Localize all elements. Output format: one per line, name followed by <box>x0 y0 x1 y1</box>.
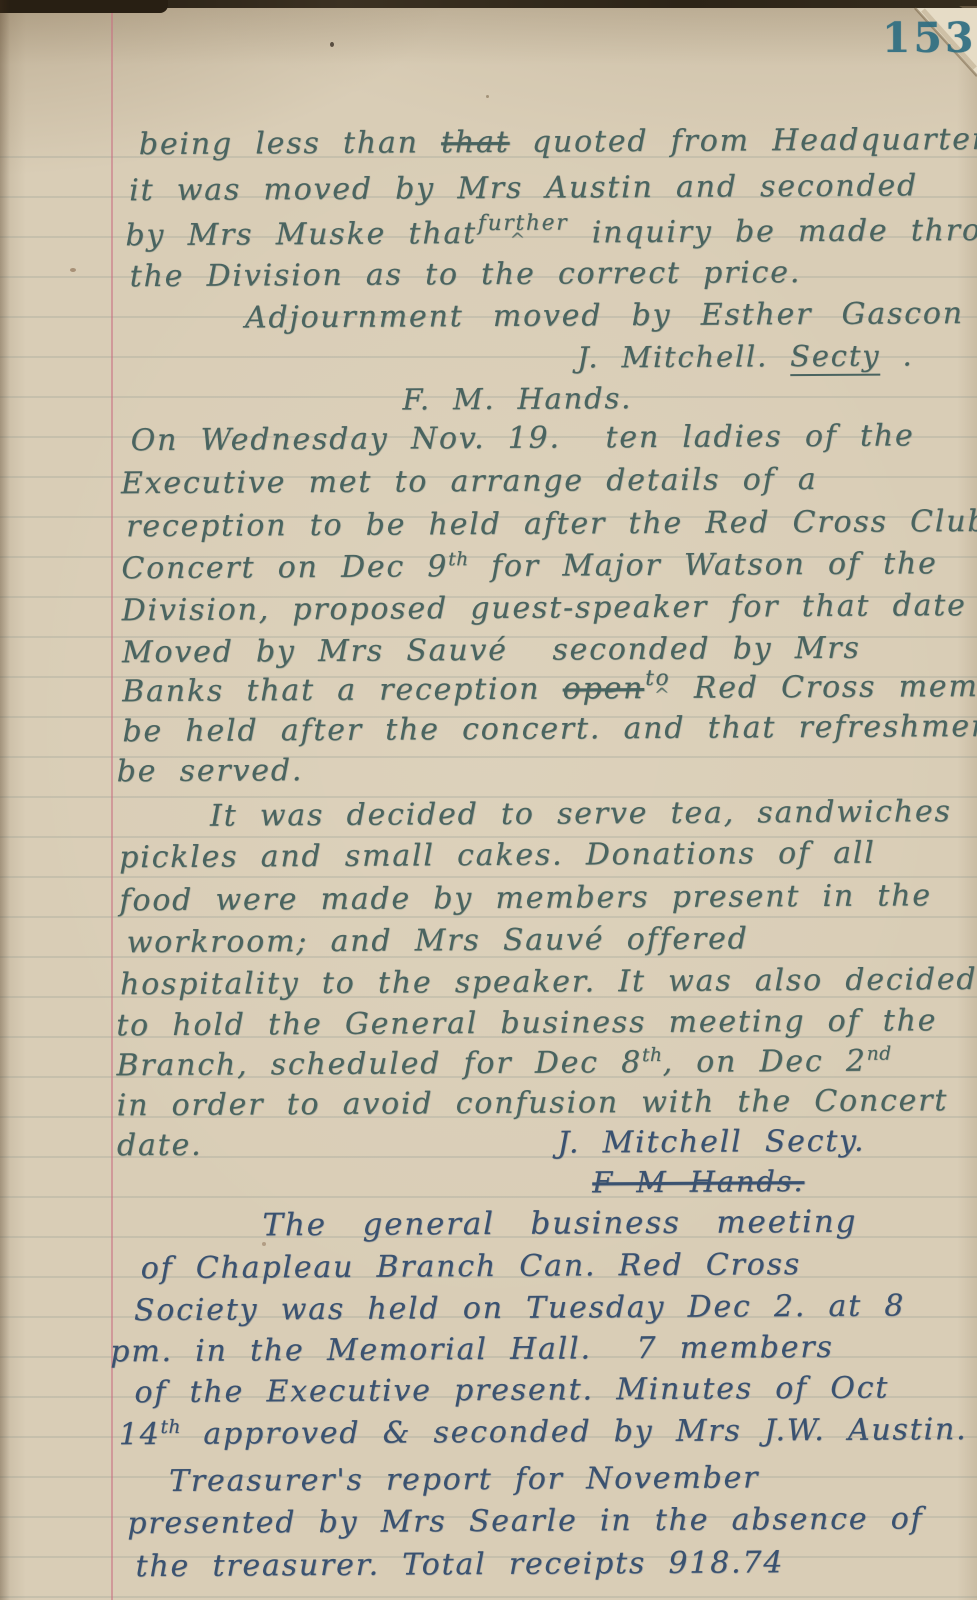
manuscript-text: it was moved by Mrs Austin and seconded <box>129 168 918 208</box>
manuscript-text: hospitality to the speaker. It was also … <box>120 962 977 1002</box>
manuscript-line: Moved by Mrs Sauvé seconded by Mrs <box>122 632 861 670</box>
manuscript-text: reception to be held after the Red Cross… <box>126 504 977 544</box>
manuscript-line: by Mrs Muske thatfurther inquiry be made… <box>125 214 977 253</box>
manuscript-text: inquiry be made through <box>569 213 977 251</box>
manuscript-text: Adjournment moved by Esther Gascon <box>245 296 964 335</box>
manuscript-line: of the Executive present. Minutes of Oct <box>134 1372 889 1410</box>
manuscript-text: Society was held on Tuesday Dec 2. at 8 <box>134 1288 905 1328</box>
manuscript-text: open <box>563 671 645 706</box>
manuscript-text: being less than <box>139 125 441 162</box>
manuscript-text: J. Mitchell Secty. <box>557 1124 865 1161</box>
manuscript-text: 14 <box>119 1417 161 1452</box>
manuscript-line: of Chapleau Branch Can. Red Cross <box>141 1248 801 1285</box>
manuscript-text: Banks that a reception <box>122 672 563 710</box>
manuscript-text: . <box>880 338 913 372</box>
paper-speck <box>262 1242 266 1246</box>
manuscript-text: quoted from Headquarters <box>510 122 977 160</box>
manuscript-text: date. <box>117 1128 203 1164</box>
manuscript-text: to hold the General business meeting of … <box>116 1003 937 1043</box>
manuscript-line: It was decided to serve tea, sandwiches <box>210 795 952 833</box>
manuscript-line: the treasurer. Total receipts 918.74 <box>135 1546 784 1583</box>
manuscript-text: Concert on Dec 9 <box>121 549 448 586</box>
manuscript-line: reception to be held after the Red Cross… <box>126 505 977 543</box>
manuscript-text: food were made by members present in the <box>119 878 932 918</box>
manuscript-text: that <box>441 125 510 160</box>
paper-speck <box>330 42 334 47</box>
manuscript-line: to hold the General business meeting of … <box>116 1004 937 1042</box>
manuscript-line: food were made by members present in the <box>119 879 932 917</box>
manuscript-text: J. Mitchell. <box>577 339 790 374</box>
manuscript-line: hospitality to the speaker. It was also … <box>120 963 977 1001</box>
manuscript-text: Secty <box>790 339 881 377</box>
manuscript-text: the Division as to the correct price. <box>130 255 802 294</box>
manuscript-text: pickles and small cakes. Donations of al… <box>119 836 876 876</box>
manuscript-line: the Division as to the correct price. <box>130 256 802 293</box>
manuscript-text: Treasurer's report for November <box>169 1460 759 1499</box>
manuscript-text: F M Hands. <box>592 1164 804 1199</box>
manuscript-line: Banks that a reception opento Red Cross … <box>122 670 977 709</box>
manuscript-line: Division, proposed guest-speaker for tha… <box>122 589 977 627</box>
paper-speck <box>70 268 76 272</box>
manuscript-text: , on Dec 2 <box>662 1044 866 1080</box>
manuscript-line: be served. <box>117 754 304 788</box>
manuscript-text: approved & seconded by Mrs J.W. Austin. <box>181 1412 968 1452</box>
manuscript-line: Executive met to arrange details of a <box>121 463 818 500</box>
manuscript-text: th <box>160 1417 181 1438</box>
manuscript-line: J. Mitchell. Secty . <box>577 340 913 374</box>
manuscript-line: The general business meeting <box>262 1205 857 1243</box>
manuscript-line: Branch, scheduled for Dec 8th, on Dec 2n… <box>116 1045 891 1083</box>
manuscript-text: the treasurer. Total receipts 918.74 <box>135 1545 784 1584</box>
manuscript-line: in order to avoid confusion with the Con… <box>117 1084 949 1122</box>
manuscript-text: th <box>448 549 469 570</box>
manuscript-text: of Chapleau Branch Can. Red Cross <box>141 1247 801 1286</box>
manuscript-text: th <box>642 1045 663 1066</box>
manuscript-text: for Major Watson of the <box>469 546 938 584</box>
manuscript: being less than that quoted from Headqua… <box>0 0 977 1600</box>
manuscript-text: It was decided to serve tea, sandwiches <box>210 794 952 834</box>
manuscript-line: pm. in the Memorial Hall. 7 members <box>110 1331 834 1368</box>
manuscript-line: F. M. Hands. <box>402 383 632 416</box>
manuscript-text: in order to avoid confusion with the Con… <box>117 1083 949 1123</box>
manuscript-line: Treasurer's report for November <box>169 1461 759 1498</box>
manuscript-text: be held after the concert. and that refr… <box>122 709 977 750</box>
manuscript-text: Red Cross members <box>671 669 977 706</box>
manuscript-line: On Wednesday Nov. 19. ten ladies of the <box>131 419 915 457</box>
paper-speck <box>486 95 489 98</box>
manuscript-line: it was moved by Mrs Austin and seconded <box>129 169 918 207</box>
manuscript-text: Branch, scheduled for Dec 8 <box>116 1045 642 1083</box>
manuscript-text: nd <box>867 1044 892 1065</box>
manuscript-text: workroom; and Mrs Sauvé offered <box>127 921 749 960</box>
manuscript-text: by Mrs Muske that <box>125 216 477 253</box>
minute-book-page: 153 being less than that quoted from Hea… <box>0 0 977 1600</box>
manuscript-text: further <box>478 211 569 235</box>
manuscript-line: pickles and small cakes. Donations of al… <box>119 837 876 875</box>
manuscript-line: 14th approved & seconded by Mrs J.W. Aus… <box>119 1413 968 1451</box>
manuscript-line: Adjournment moved by Esther Gascon <box>245 297 964 334</box>
manuscript-line: presented by Mrs Searle in the absence o… <box>127 1502 923 1540</box>
manuscript-text: Moved by Mrs Sauvé seconded by Mrs <box>122 631 861 671</box>
manuscript-text: of the Executive present. Minutes of Oct <box>134 1371 889 1411</box>
manuscript-line: Society was held on Tuesday Dec 2. at 8 <box>134 1289 905 1327</box>
manuscript-line: Concert on Dec 9th for Major Watson of t… <box>121 547 937 585</box>
manuscript-line: date.J. Mitchell Secty. <box>117 1125 865 1163</box>
manuscript-text: to <box>645 667 670 691</box>
manuscript-text: pm. in the Memorial Hall. 7 members <box>110 1330 834 1369</box>
manuscript-text: F. M. Hands. <box>402 381 632 416</box>
manuscript-line: be held after the concert. and that refr… <box>122 710 977 749</box>
manuscript-text: On Wednesday Nov. 19. ten ladies of the <box>131 418 915 458</box>
manuscript-text: The general business meeting <box>262 1204 857 1244</box>
manuscript-text: Division, proposed guest-speaker for tha… <box>122 588 977 628</box>
manuscript-text: Executive met to arrange details of a <box>121 462 818 501</box>
manuscript-line: workroom; and Mrs Sauvé offered <box>127 922 749 959</box>
manuscript-line: being less than that quoted from Headqua… <box>139 123 977 161</box>
manuscript-line: F M Hands. <box>592 1166 804 1199</box>
manuscript-text: presented by Mrs Searle in the absence o… <box>127 1501 923 1541</box>
manuscript-text: be served. <box>117 753 304 789</box>
